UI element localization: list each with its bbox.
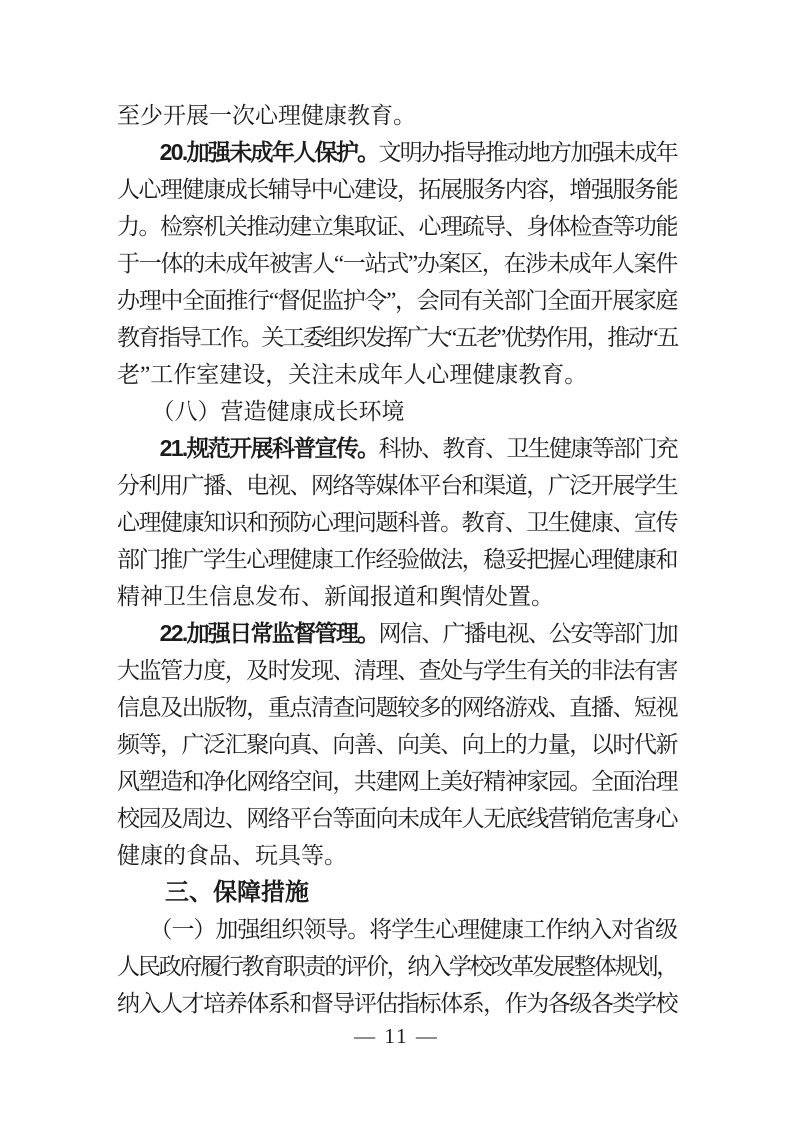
text-segment: 科协、教育、卫生健康等部门充 (378, 436, 677, 461)
text-line-content: （一）加强组织领导。将学生心理健康工作纳入对省级 (117, 911, 677, 948)
text-line: 三、保障措施 (117, 874, 677, 911)
text-line-content: 至少开展一次心理健康教育。 (117, 97, 416, 134)
text-segment: 人心理健康成长辅导中心建设，拓展服务内容，增强服务能 (117, 177, 677, 202)
text-segment: 纳入人才培养体系和督导评估指标体系，作为各级各类学校 (117, 991, 677, 1016)
text-line-content: 部门推广学生心理健康工作经验做法，稳妥把握心理健康和 (117, 541, 677, 578)
text-line-content: 大监管力度，及时发现、清理、查处与学生有关的非法有害 (117, 652, 677, 689)
text-line: 教育指导工作。关工委组织发挥广大“五老”优势作用，推动“五 (117, 319, 677, 356)
text-line: 大监管力度，及时发现、清理、查处与学生有关的非法有害 (117, 652, 677, 689)
text-segment: 网信、广播电视、公安等部门加 (378, 621, 677, 646)
text-line: 于一体的未成年被害人“一站式”办案区，在涉未成年人案件 (117, 245, 677, 282)
text-line: 分利用广播、电视、网络等媒体平台和渠道，广泛开展学生 (117, 467, 677, 504)
text-line-content: 心理健康知识和预防心理问题科普。教育、卫生健康、宣传 (117, 504, 677, 541)
text-line-content: 教育指导工作。关工委组织发挥广大“五老”优势作用，推动“五 (117, 319, 677, 356)
text-segment: 力。检察机关推动建立集取证、心理疏导、身体检查等功能 (117, 214, 677, 239)
text-segment: 人民政府履行教育职责的评价，纳入学校改革发展整体规划， (117, 954, 677, 979)
text-line-content: 20.加强未成年人保护。文明办指导推动地方加强未成年 (117, 134, 677, 171)
text-line-content: 风塑造和净化网络空间，共建网上美好精神家园。全面治理 (117, 763, 677, 800)
page-number: — 11 — (0, 1024, 793, 1049)
text-line-content: 人心理健康成长辅导中心建设，拓展服务内容，增强服务能 (117, 171, 677, 208)
text-line-content: 校园及周边、网络平台等面向未成年人无底线营销危害身心 (117, 800, 677, 837)
text-line: 心理健康知识和预防心理问题科普。教育、卫生健康、宣传 (117, 504, 677, 541)
text-segment: 文明办指导推动地方加强未成年 (378, 140, 677, 165)
text-segment: （八）营造健康成长环境 (117, 399, 405, 424)
text-line: 21.规范开展科普宣传。科协、教育、卫生健康等部门充 (117, 430, 677, 467)
text-line: （八）营造健康成长环境 (117, 393, 677, 430)
text-segment: 健康的食品、玩具等。 (117, 843, 347, 868)
text-line: 人心理健康成长辅导中心建设，拓展服务内容，增强服务能 (117, 171, 677, 208)
text-line: 校园及周边、网络平台等面向未成年人无底线营销危害身心 (117, 800, 677, 837)
text-line: 办理中全面推行“督促监护令”，会同有关部门全面开展家庭 (117, 282, 677, 319)
text-line-content: 三、保障措施 (117, 874, 309, 911)
text-line-content: 力。检察机关推动建立集取证、心理疏导、身体检查等功能 (117, 208, 677, 245)
text-segment: （一）加强组织领导。将学生心理健康工作纳入对省级 (117, 917, 677, 942)
text-line: 22.加强日常监督管理。网信、广播电视、公安等部门加 (117, 615, 677, 652)
text-line-content: 健康的食品、玩具等。 (117, 837, 347, 874)
text-line: 精神卫生信息发布、新闻报道和舆情处置。 (117, 578, 677, 615)
text-segment: 于一体的未成年被害人“一站式”办案区，在涉未成年人案件 (117, 251, 677, 276)
text-line-content: 频等，广泛汇聚向真、向善、向美、向上的力量，以时代新 (117, 726, 677, 763)
text-segment: 三、保障措施 (117, 879, 309, 906)
document-page: 至少开展一次心理健康教育。 20.加强未成年人保护。文明办指导推动地方加强未成年… (0, 0, 793, 1122)
text-segment: 心理健康知识和预防心理问题科普。教育、卫生健康、宣传 (117, 510, 677, 535)
text-segment: 办理中全面推行“督促监护令”，会同有关部门全面开展家庭 (117, 288, 677, 313)
text-line-content: 精神卫生信息发布、新闻报道和舆情处置。 (117, 578, 554, 615)
text-segment: 教育指导工作。关工委组织发挥广大“五老”优势作用，推动“五 (117, 325, 677, 350)
text-line-content: 信息及出版物，重点清查问题较多的网络游戏、直播、短视 (117, 689, 677, 726)
text-line: （一）加强组织领导。将学生心理健康工作纳入对省级 (117, 911, 677, 948)
text-segment: 精神卫生信息发布、新闻报道和舆情处置。 (117, 584, 554, 609)
text-line-content: 人民政府履行教育职责的评价，纳入学校改革发展整体规划， (117, 948, 677, 985)
text-segment: 部门推广学生心理健康工作经验做法，稳妥把握心理健康和 (117, 547, 677, 572)
text-line: 纳入人才培养体系和督导评估指标体系，作为各级各类学校 (117, 985, 677, 1022)
text-line: 部门推广学生心理健康工作经验做法，稳妥把握心理健康和 (117, 541, 677, 578)
text-line: 风塑造和净化网络空间，共建网上美好精神家园。全面治理 (117, 763, 677, 800)
text-line-content: 办理中全面推行“督促监护令”，会同有关部门全面开展家庭 (117, 282, 677, 319)
text-line: 健康的食品、玩具等。 (117, 837, 677, 874)
text-line-content: 老”工作室建设，关注未成年人心理健康教育。 (117, 356, 587, 393)
text-segment: 老”工作室建设，关注未成年人心理健康教育。 (117, 362, 587, 387)
text-segment: 20.加强未成年人保护。 (117, 139, 378, 165)
text-line-content: 纳入人才培养体系和督导评估指标体系，作为各级各类学校 (117, 985, 677, 1022)
text-line: 频等，广泛汇聚向真、向善、向美、向上的力量，以时代新 (117, 726, 677, 763)
text-line: 信息及出版物，重点清查问题较多的网络游戏、直播、短视 (117, 689, 677, 726)
text-line: 人民政府履行教育职责的评价，纳入学校改革发展整体规划， (117, 948, 677, 985)
text-line: 力。检察机关推动建立集取证、心理疏导、身体检查等功能 (117, 208, 677, 245)
document-body: 至少开展一次心理健康教育。 20.加强未成年人保护。文明办指导推动地方加强未成年… (117, 97, 677, 1022)
text-line-content: （八）营造健康成长环境 (117, 393, 405, 430)
text-segment: 频等，广泛汇聚向真、向善、向美、向上的力量，以时代新 (117, 732, 677, 757)
text-segment: 21.规范开展科普宣传。 (117, 435, 378, 461)
text-segment: 大监管力度，及时发现、清理、查处与学生有关的非法有害 (117, 658, 677, 683)
text-segment: 22.加强日常监督管理。 (117, 620, 378, 646)
text-segment: 风塑造和净化网络空间，共建网上美好精神家园。全面治理 (117, 769, 677, 794)
text-segment: 校园及周边、网络平台等面向未成年人无底线营销危害身心 (117, 806, 677, 831)
text-segment: 至少开展一次心理健康教育。 (117, 103, 416, 128)
text-line-content: 21.规范开展科普宣传。科协、教育、卫生健康等部门充 (117, 430, 677, 467)
text-segment: 信息及出版物，重点清查问题较多的网络游戏、直播、短视 (117, 695, 677, 720)
text-line: 20.加强未成年人保护。文明办指导推动地方加强未成年 (117, 134, 677, 171)
text-line: 至少开展一次心理健康教育。 (117, 97, 677, 134)
text-line: 老”工作室建设，关注未成年人心理健康教育。 (117, 356, 677, 393)
text-line-content: 于一体的未成年被害人“一站式”办案区，在涉未成年人案件 (117, 245, 677, 282)
text-segment: 分利用广播、电视、网络等媒体平台和渠道，广泛开展学生 (117, 473, 677, 498)
text-line-content: 22.加强日常监督管理。网信、广播电视、公安等部门加 (117, 615, 677, 652)
text-line-content: 分利用广播、电视、网络等媒体平台和渠道，广泛开展学生 (117, 467, 677, 504)
